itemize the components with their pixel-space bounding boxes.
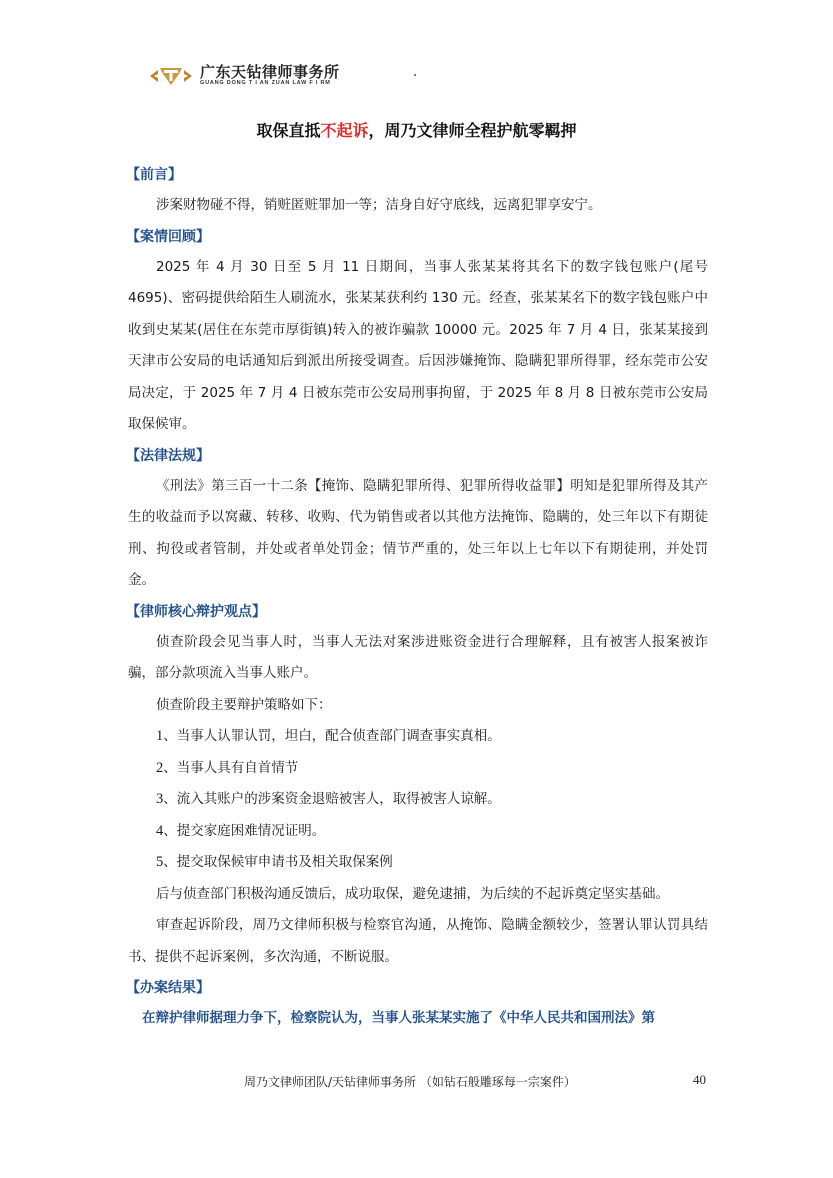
firm-name-cn: 广东天钻律师事务所 <box>200 65 340 80</box>
section-heading-preface: 【前言】 <box>126 160 708 190</box>
result-text: 在辩护律师据理力争下，检察院认为，当事人张某某实施了《中华人民共和国刑法》第 <box>128 1003 708 1035</box>
title-highlight: 不起诉 <box>320 121 368 140</box>
case-review-text: 2025 年 4 月 30 日至 5 月 11 日期间，当事人张某某将其名下的数… <box>128 252 708 441</box>
title-suffix: ，周乃文律师全程护航零羁押 <box>369 121 577 140</box>
firm-name-en: GUANG DONG T I AN ZUAN LAW F I RM <box>200 81 340 87</box>
list-item: 4、提交家庭困难情况证明。 <box>128 816 708 848</box>
section-heading-defense: 【律师核心辩护观点】 <box>126 597 708 627</box>
list-item: 3、流入其账户的涉案资金退赔被害人，取得被害人谅解。 <box>128 784 708 816</box>
page-title: 取保直抵不起诉，周乃文律师全程护航零羁押 <box>0 118 833 141</box>
list-item: 2、当事人具有自首情节 <box>128 753 708 785</box>
page-footer: 周乃文律师团队/天钻律师事务所 （如钻石般雕琢每一宗案件） <box>244 1073 576 1090</box>
defense-para-4: 审查起诉阶段，周乃文律师积极与检察官沟通，从掩饰、隐瞒金额较少，签署认罪认罚具结… <box>128 910 708 973</box>
defense-para-3: 后与侦查部门积极沟通反馈后，成功取保，避免逮捕，为后续的不起诉奠定坚实基础。 <box>128 879 708 911</box>
defense-para-1: 侦查阶段会见当事人时，当事人无法对案涉进账资金进行合理解释，且有被害人报案被诈骗… <box>128 627 708 690</box>
page-number: 40 <box>693 1072 706 1088</box>
diamond-logo-icon <box>148 65 194 87</box>
list-item: 1、当事人认罪认罚，坦白，配合侦查部门调查事实真相。 <box>128 721 708 753</box>
firm-logo: 广东天钻律师事务所 GUANG DONG T I AN ZUAN LAW F I… <box>148 62 340 90</box>
law-text: 《刑法》第三百一十二条【掩饰、隐瞒犯罪所得、犯罪所得收益罪】明知是犯罪所得及其产… <box>128 471 708 597</box>
defense-para-2: 侦查阶段主要辩护策略如下： <box>128 690 708 722</box>
section-heading-law: 【法律法规】 <box>126 441 708 471</box>
article-body: 【前言】 涉案财物碰不得，销赃匿赃罪加一等；洁身自好守底线，远离犯罪享安宁。 【… <box>128 160 708 1035</box>
section-heading-result: 【办案结果】 <box>126 973 708 1003</box>
list-item: 5、提交取保候审申请书及相关取保案例 <box>128 847 708 879</box>
title-prefix: 取保直抵 <box>256 121 320 140</box>
preface-text: 涉案财物碰不得，销赃匿赃罪加一等；洁身自好守底线，远离犯罪享安宁。 <box>128 190 708 222</box>
header-dot <box>414 74 416 76</box>
section-heading-case-review: 【案情回顾】 <box>126 222 708 252</box>
